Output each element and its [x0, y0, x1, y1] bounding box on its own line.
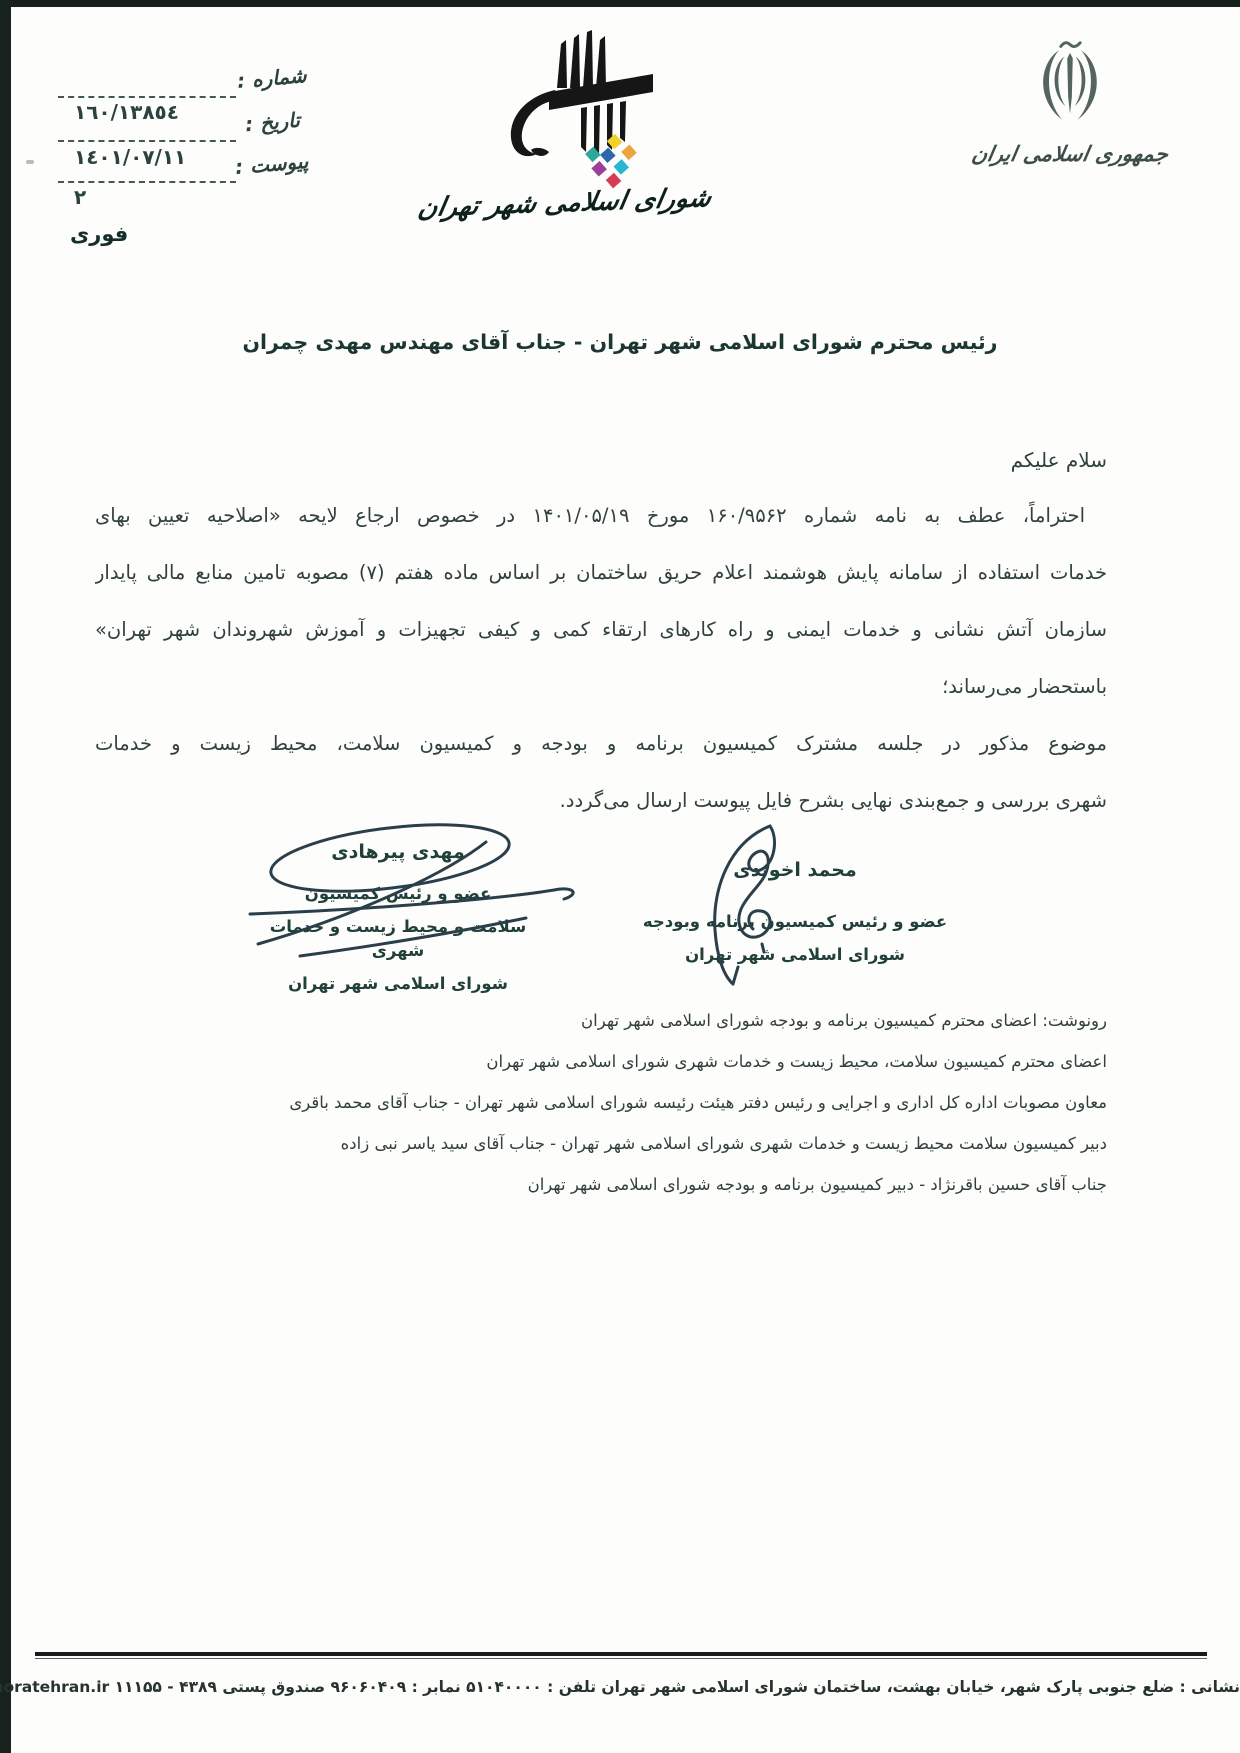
cc-line: رونوشت: اعضای محترم کمیسیون برنامه و بود…: [95, 1000, 1107, 1041]
cc-line: اعضای محترم کمیسیون سلامت، محیط زیست و خ…: [95, 1041, 1107, 1082]
iran-emblem-caption: جمهوری اسلامی ایران: [953, 142, 1187, 166]
ref-number-label: شماره :: [236, 63, 307, 93]
scan-edge-left: [0, 0, 11, 1753]
footer-divider: [35, 1652, 1207, 1656]
cc-line: دبیر کمیسیون سلامت محیط زیست و خدمات شهر…: [95, 1123, 1107, 1164]
body-line: باستحضار می‌رساند؛: [95, 658, 1107, 715]
iran-emblem-block: جمهوری اسلامی ایران: [955, 38, 1185, 166]
council-logo-block: شورای اسلامی شهر تهران: [430, 30, 710, 218]
cc-line: جناب آقای حسین باقرنژاد - دبیر کمیسیون ب…: [95, 1164, 1107, 1205]
footer-divider-thin: [35, 1658, 1207, 1659]
cc-line: معاون مصوبات اداره کل اداری و اجرایی و ر…: [95, 1082, 1107, 1123]
signatory-title: عضو و رئیس کمیسیون: [248, 882, 548, 906]
ref-attachment-value: ٢: [74, 185, 86, 209]
council-logo-caption: شورای اسلامی شهر تهران: [426, 183, 713, 223]
body-line: شهری بررسی و جمع‌بندی نهایی بشرح فایل پی…: [95, 772, 1107, 829]
signature-block-right: محمد اخوندی عضو و رئیس کمیسیون برنامه وب…: [640, 858, 950, 967]
ref-number-value: ١٦٠/١٣٨٥٤: [74, 100, 179, 124]
urgent-stamp: فوری: [70, 222, 128, 246]
body-line: سازمان آتش نشانی و خدمات ایمنی و راه کار…: [95, 601, 1107, 658]
body-line: احتراماً، عطف به نامه شماره ۱۶۰/۹۵۶۲ مور…: [95, 487, 1107, 544]
ref-date-value: ١٤٠١/٠٧/١١: [74, 145, 186, 169]
scan-edge-top: [0, 0, 1240, 7]
signatory-name: محمد اخوندی: [640, 858, 950, 882]
signatory-title: شورای اسلامی شهر تهران: [248, 972, 548, 996]
salutation: سلام علیکم: [95, 448, 1107, 472]
council-logo-diamonds-icon: [582, 134, 644, 190]
signatory-title: عضو و رئیس کمیسیون برنامه وبودجه: [640, 910, 950, 934]
addressee-line: رئیس محترم شورای اسلامی شهر تهران - جناب…: [0, 330, 1240, 354]
body-line: خدمات استفاده از سامانه پایش هوشمند اعلا…: [95, 544, 1107, 601]
scan-smudge: [26, 160, 34, 164]
signatory-name: مهدی پیرهادی: [248, 840, 548, 864]
signatory-title: شورای اسلامی شهر تهران: [640, 943, 950, 967]
footer-contact-line: نشانی : ضلع جنوبی پارک شهر، خیابان بهشت،…: [0, 1678, 1240, 1696]
iran-emblem-icon: [1024, 38, 1116, 134]
cc-list: رونوشت: اعضای محترم کمیسیون برنامه و بود…: [95, 1000, 1107, 1205]
ref-number-dashes: [58, 96, 236, 98]
signature-block-left: مهدی پیرهادی عضو و رئیس کمیسیون سلامت و …: [248, 840, 548, 996]
ref-attachment-dashes: [58, 181, 236, 183]
scanned-letter-page: شماره : ١٦٠/١٣٨٥٤ تاریخ : ١٤٠١/٠٧/١١ پیو…: [0, 0, 1240, 1753]
ref-attachment-label: پیوست :: [234, 149, 309, 179]
body-line: موضوع مذکور در جلسه مشترک کمیسیون برنامه…: [95, 715, 1107, 772]
letter-body: احتراماً، عطف به نامه شماره ۱۶۰/۹۵۶۲ مور…: [95, 487, 1107, 829]
signatory-title: سلامت و محیط زیست و خدمات شهری: [248, 915, 548, 963]
ref-date-label: تاریخ :: [244, 108, 301, 137]
ref-date-dashes: [58, 140, 236, 142]
